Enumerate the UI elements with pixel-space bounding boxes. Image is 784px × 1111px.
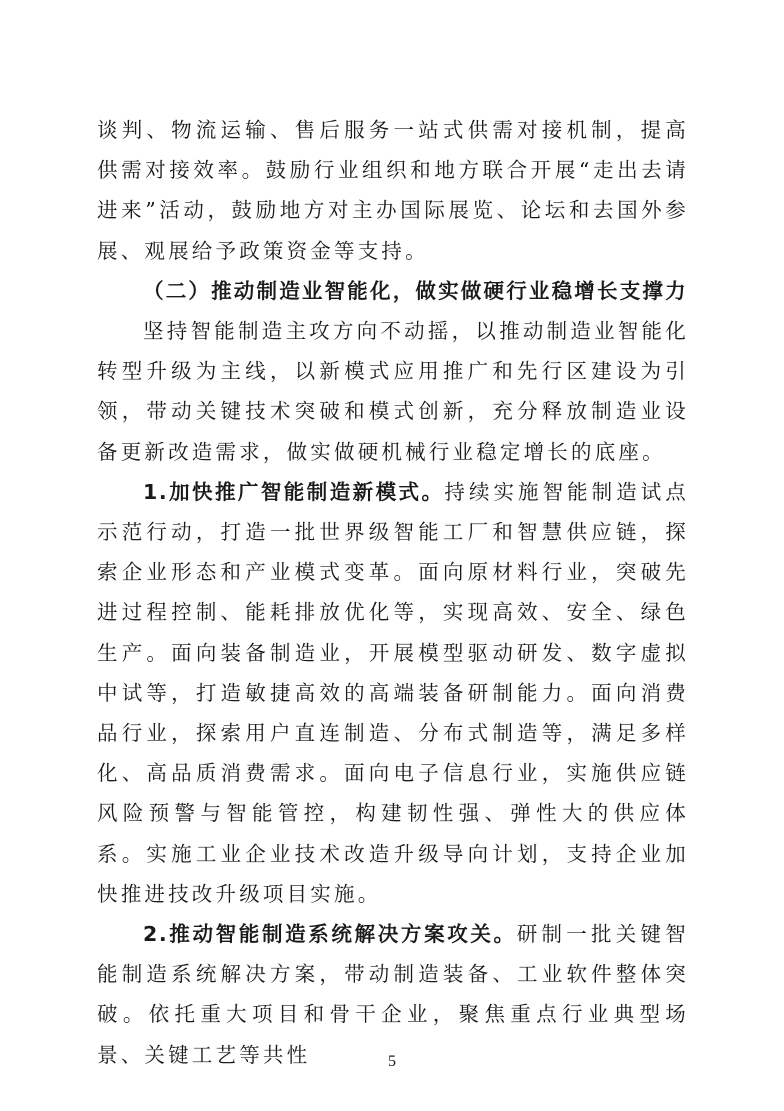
paragraph-item-2: 2.推动智能制造系统解决方案攻关。研制一批关键智能制造系统解决方案，带动制造装备… xyxy=(97,914,689,1075)
page-number: 5 xyxy=(0,1053,784,1071)
paragraph-intro: 坚持智能制造主攻方向不动摇，以推动制造业智能化转型升级为主线，以新模式应用推广和… xyxy=(97,311,689,472)
document-page: 谈判、物流运输、售后服务一站式供需对接机制，提高供需对接效率。鼓励行业组织和地方… xyxy=(0,0,784,1111)
page-body: 谈判、物流运输、售后服务一站式供需对接机制，提高供需对接效率。鼓励行业组织和地方… xyxy=(97,110,689,1075)
item-1-lead: 1.加快推广智能制造新模式。 xyxy=(143,480,444,504)
section-heading: （二）推动制造业智能化，做实做硬行业稳增长支撑力 xyxy=(97,271,689,311)
item-1-text: 持续实施智能制造试点示范行动，打造一批世界级智能工厂和智慧供应链，探索企业形态和… xyxy=(97,480,689,906)
paragraph-item-1: 1.加快推广智能制造新模式。持续实施智能制造试点示范行动，打造一批世界级智能工厂… xyxy=(97,472,689,914)
paragraph-continuation: 谈判、物流运输、售后服务一站式供需对接机制，提高供需对接效率。鼓励行业组织和地方… xyxy=(97,110,689,271)
item-2-lead: 2.推动智能制造系统解决方案攻关。 xyxy=(143,922,517,946)
